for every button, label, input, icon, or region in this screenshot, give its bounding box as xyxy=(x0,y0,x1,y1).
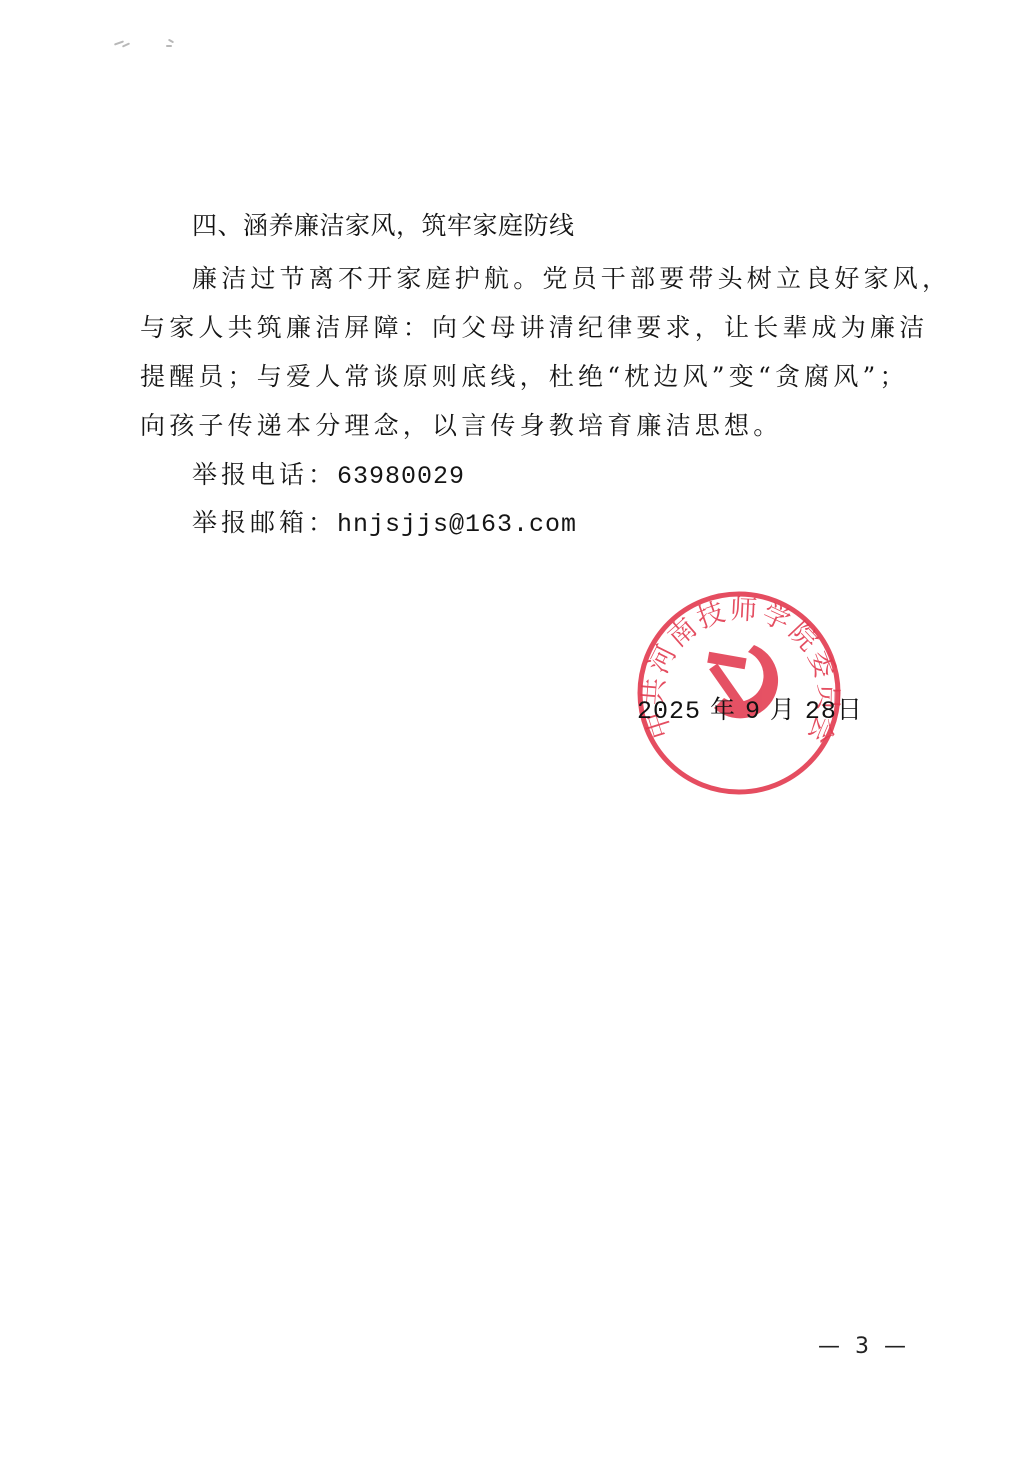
paragraph-line-3: 提醒员；与爱人常谈原则底线，杜绝“枕边风”变“贪腐风”； xyxy=(140,357,909,393)
report-phone-value: 63980029 xyxy=(337,462,465,491)
report-phone: 举报电话：63980029 xyxy=(192,455,465,491)
page-number: — 3 — xyxy=(818,1334,906,1359)
report-email-value: hnjsjjs@163.com xyxy=(337,510,577,539)
paragraph-line-1: 廉洁过节离不开家庭护航。党员干部要带头树立良好家风， xyxy=(192,259,951,295)
report-email-label: 举报邮箱： xyxy=(192,508,337,537)
report-phone-label: 举报电话： xyxy=(192,460,337,489)
document-page: 四、涵养廉洁家风，筑牢家庭防线 廉洁过节离不开家庭护航。党员干部要带头树立良好家… xyxy=(0,0,1033,1459)
report-email: 举报邮箱：hnjsjjs@163.com xyxy=(192,503,577,539)
document-date: 2025 年 9 月 28日 xyxy=(637,690,863,726)
svg-text:中共河南技师学院委员会: 中共河南技师学院委员会 xyxy=(638,594,842,750)
seal-text: 中共河南技师学院委员会 xyxy=(638,594,842,750)
scan-artifact-marks xyxy=(110,36,190,50)
paragraph-line-2: 与家人共筑廉洁屏障：向父母讲清纪律要求，让长辈成为廉洁 xyxy=(140,308,928,344)
section-heading: 四、涵养廉洁家风，筑牢家庭防线 xyxy=(192,206,575,242)
page-number-value: 3 xyxy=(855,1334,869,1359)
paragraph-line-4: 向孩子传递本分理念，以言传身教培育廉洁思想。 xyxy=(140,406,782,442)
